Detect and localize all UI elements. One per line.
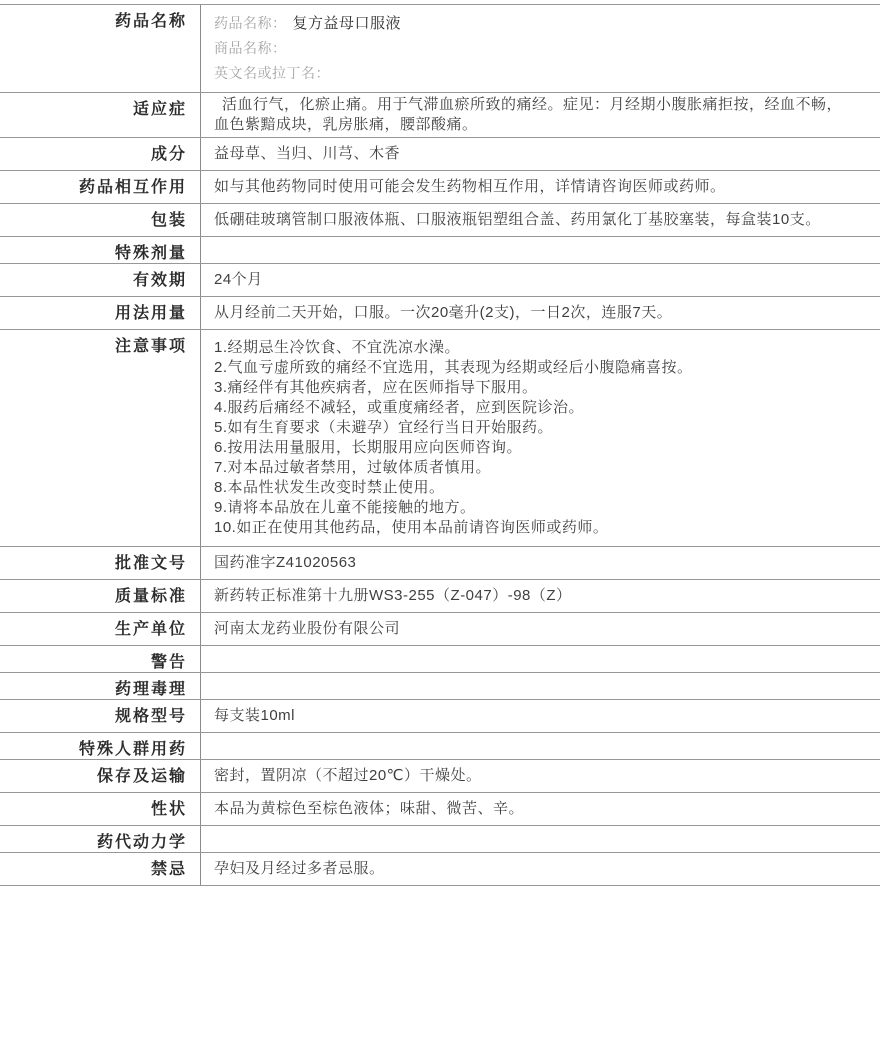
precaution-item-10: 10.如正在使用其他药品，使用本品前请咨询医师或药师。 bbox=[214, 518, 870, 538]
row-label-dosage: 用法用量 bbox=[0, 297, 200, 329]
row-content-warning bbox=[200, 646, 880, 672]
row-label-approval-number: 批准文号 bbox=[0, 547, 200, 579]
row-content-dosage: 从月经前二天开始，口服。一次20毫升(2支)，一日2次，连服7天。 bbox=[200, 297, 880, 329]
row-special-population: 特殊人群用药 bbox=[0, 733, 880, 760]
row-content-pharmacology bbox=[200, 673, 880, 699]
row-label-characteristics: 性状 bbox=[0, 793, 200, 825]
row-label-warning: 警告 bbox=[0, 646, 200, 672]
row-content-characteristics: 本品为黄棕色至棕色液体；味甜、微苦、辛。 bbox=[200, 793, 880, 825]
row-label-drug-name: 药品名称 bbox=[0, 5, 200, 92]
row-content-drug-name: 药品名称：复方益母口服液 商品名称： 英文名或拉丁名： bbox=[200, 5, 880, 92]
precaution-item-5: 5.如有生育要求（未避孕）宜经行当日开始服药。 bbox=[214, 418, 870, 438]
row-quality-standard: 质量标准 新药转正标准第十九册WS3-255（Z-047）-98（Z） bbox=[0, 580, 880, 613]
precaution-item-3: 3.痛经伴有其他疾病者，应在医师指导下服用。 bbox=[214, 378, 870, 398]
precaution-item-6: 6.按用法用量服用，长期服用应向医师咨询。 bbox=[214, 438, 870, 458]
row-label-packaging: 包装 bbox=[0, 204, 200, 236]
row-precautions: 注意事项 1.经期忌生冷饮食、不宜洗凉水澡。 2.气血亏虚所致的痛经不宜选用，其… bbox=[0, 330, 880, 547]
indications-line-1: 活血行气，化瘀止痛。用于气滞血瘀所致的痛经。症见：月经期小腹胀痛拒按，经血不畅， bbox=[214, 95, 870, 115]
row-content-pharmacokinetics bbox=[200, 826, 880, 852]
row-content-contraindications: 孕妇及月经过多者忌服。 bbox=[200, 853, 880, 885]
row-warning: 警告 bbox=[0, 646, 880, 673]
row-content-shelf-life: 24个月 bbox=[200, 264, 880, 296]
drug-name-value: 复方益母口服液 bbox=[293, 15, 402, 32]
row-label-ingredients: 成分 bbox=[0, 138, 200, 170]
row-label-indications: 适应症 bbox=[0, 93, 200, 137]
row-label-manufacturer: 生产单位 bbox=[0, 613, 200, 645]
indications-line-2: 血色紫黯成块，乳房胀痛，腰部酸痛。 bbox=[214, 115, 870, 135]
precaution-item-9: 9.请将本品放在儿童不能接触的地方。 bbox=[214, 498, 870, 518]
row-label-precautions: 注意事项 bbox=[0, 330, 200, 546]
row-label-specification: 规格型号 bbox=[0, 700, 200, 732]
precaution-item-8: 8.本品性状发生改变时禁止使用。 bbox=[214, 478, 870, 498]
row-pharmacokinetics: 药代动力学 bbox=[0, 826, 880, 853]
row-label-special-dosage: 特殊剂量 bbox=[0, 237, 200, 263]
row-manufacturer: 生产单位 河南太龙药业股份有限公司 bbox=[0, 613, 880, 646]
row-label-storage: 保存及运输 bbox=[0, 760, 200, 792]
row-interactions: 药品相互作用 如与其他药物同时使用可能会发生药物相互作用，详情请咨询医师或药师。 bbox=[0, 171, 880, 204]
row-label-interactions: 药品相互作用 bbox=[0, 171, 200, 203]
latin-name-key: 英文名或拉丁名： bbox=[214, 65, 330, 81]
row-ingredients: 成分 益母草、当归、川芎、木香 bbox=[0, 138, 880, 171]
row-storage: 保存及运输 密封，置阴凉（不超过20℃）干燥处。 bbox=[0, 760, 880, 793]
drug-info-table: 药品名称 药品名称：复方益母口服液 商品名称： 英文名或拉丁名： 适应症 活血行… bbox=[0, 4, 880, 886]
row-content-manufacturer: 河南太龙药业股份有限公司 bbox=[200, 613, 880, 645]
row-content-indications: 活血行气，化瘀止痛。用于气滞血瘀所致的痛经。症见：月经期小腹胀痛拒按，经血不畅，… bbox=[200, 93, 880, 137]
precaution-item-4: 4.服药后痛经不减轻，或重度痛经者，应到医院诊治。 bbox=[214, 398, 870, 418]
row-characteristics: 性状 本品为黄棕色至棕色液体；味甜、微苦、辛。 bbox=[0, 793, 880, 826]
row-indications: 适应症 活血行气，化瘀止痛。用于气滞血瘀所致的痛经。症见：月经期小腹胀痛拒按，经… bbox=[0, 93, 880, 138]
row-approval-number: 批准文号 国药准字Z41020563 bbox=[0, 547, 880, 580]
row-pharmacology: 药理毒理 bbox=[0, 673, 880, 700]
precaution-item-7: 7.对本品过敏者禁用，过敏体质者慎用。 bbox=[214, 458, 870, 478]
row-label-special-population: 特殊人群用药 bbox=[0, 733, 200, 759]
row-specification: 规格型号 每支装10ml bbox=[0, 700, 880, 733]
row-label-pharmacokinetics: 药代动力学 bbox=[0, 826, 200, 852]
row-drug-name: 药品名称 药品名称：复方益母口服液 商品名称： 英文名或拉丁名： bbox=[0, 5, 880, 93]
row-label-quality-standard: 质量标准 bbox=[0, 580, 200, 612]
row-label-shelf-life: 有效期 bbox=[0, 264, 200, 296]
row-content-quality-standard: 新药转正标准第十九册WS3-255（Z-047）-98（Z） bbox=[200, 580, 880, 612]
trade-name-line: 商品名称： bbox=[214, 36, 870, 61]
row-dosage: 用法用量 从月经前二天开始，口服。一次20毫升(2支)，一日2次，连服7天。 bbox=[0, 297, 880, 330]
row-content-special-population bbox=[200, 733, 880, 759]
row-content-packaging: 低硼硅玻璃管制口服液体瓶、口服液瓶铝塑组合盖、药用氯化丁基胶塞装，每盒装10支。 bbox=[200, 204, 880, 236]
row-packaging: 包装 低硼硅玻璃管制口服液体瓶、口服液瓶铝塑组合盖、药用氯化丁基胶塞装，每盒装1… bbox=[0, 204, 880, 237]
precaution-item-1: 1.经期忌生冷饮食、不宜洗凉水澡。 bbox=[214, 338, 870, 358]
row-content-special-dosage bbox=[200, 237, 880, 263]
row-label-pharmacology: 药理毒理 bbox=[0, 673, 200, 699]
row-contraindications: 禁忌 孕妇及月经过多者忌服。 bbox=[0, 853, 880, 886]
row-content-precautions: 1.经期忌生冷饮食、不宜洗凉水澡。 2.气血亏虚所致的痛经不宜选用，其表现为经期… bbox=[200, 330, 880, 546]
row-label-contraindications: 禁忌 bbox=[0, 853, 200, 885]
drug-name-key: 药品名称： bbox=[214, 15, 287, 31]
row-shelf-life: 有效期 24个月 bbox=[0, 264, 880, 297]
row-content-specification: 每支装10ml bbox=[200, 700, 880, 732]
latin-name-line: 英文名或拉丁名： bbox=[214, 61, 870, 86]
trade-name-key: 商品名称： bbox=[214, 40, 287, 56]
row-content-approval-number: 国药准字Z41020563 bbox=[200, 547, 880, 579]
drug-name-line: 药品名称：复方益母口服液 bbox=[214, 11, 870, 36]
row-content-interactions: 如与其他药物同时使用可能会发生药物相互作用，详情请咨询医师或药师。 bbox=[200, 171, 880, 203]
row-content-storage: 密封，置阴凉（不超过20℃）干燥处。 bbox=[200, 760, 880, 792]
row-content-ingredients: 益母草、当归、川芎、木香 bbox=[200, 138, 880, 170]
precaution-item-2: 2.气血亏虚所致的痛经不宜选用，其表现为经期或经后小腹隐痛喜按。 bbox=[214, 358, 870, 378]
row-special-dosage: 特殊剂量 bbox=[0, 237, 880, 264]
